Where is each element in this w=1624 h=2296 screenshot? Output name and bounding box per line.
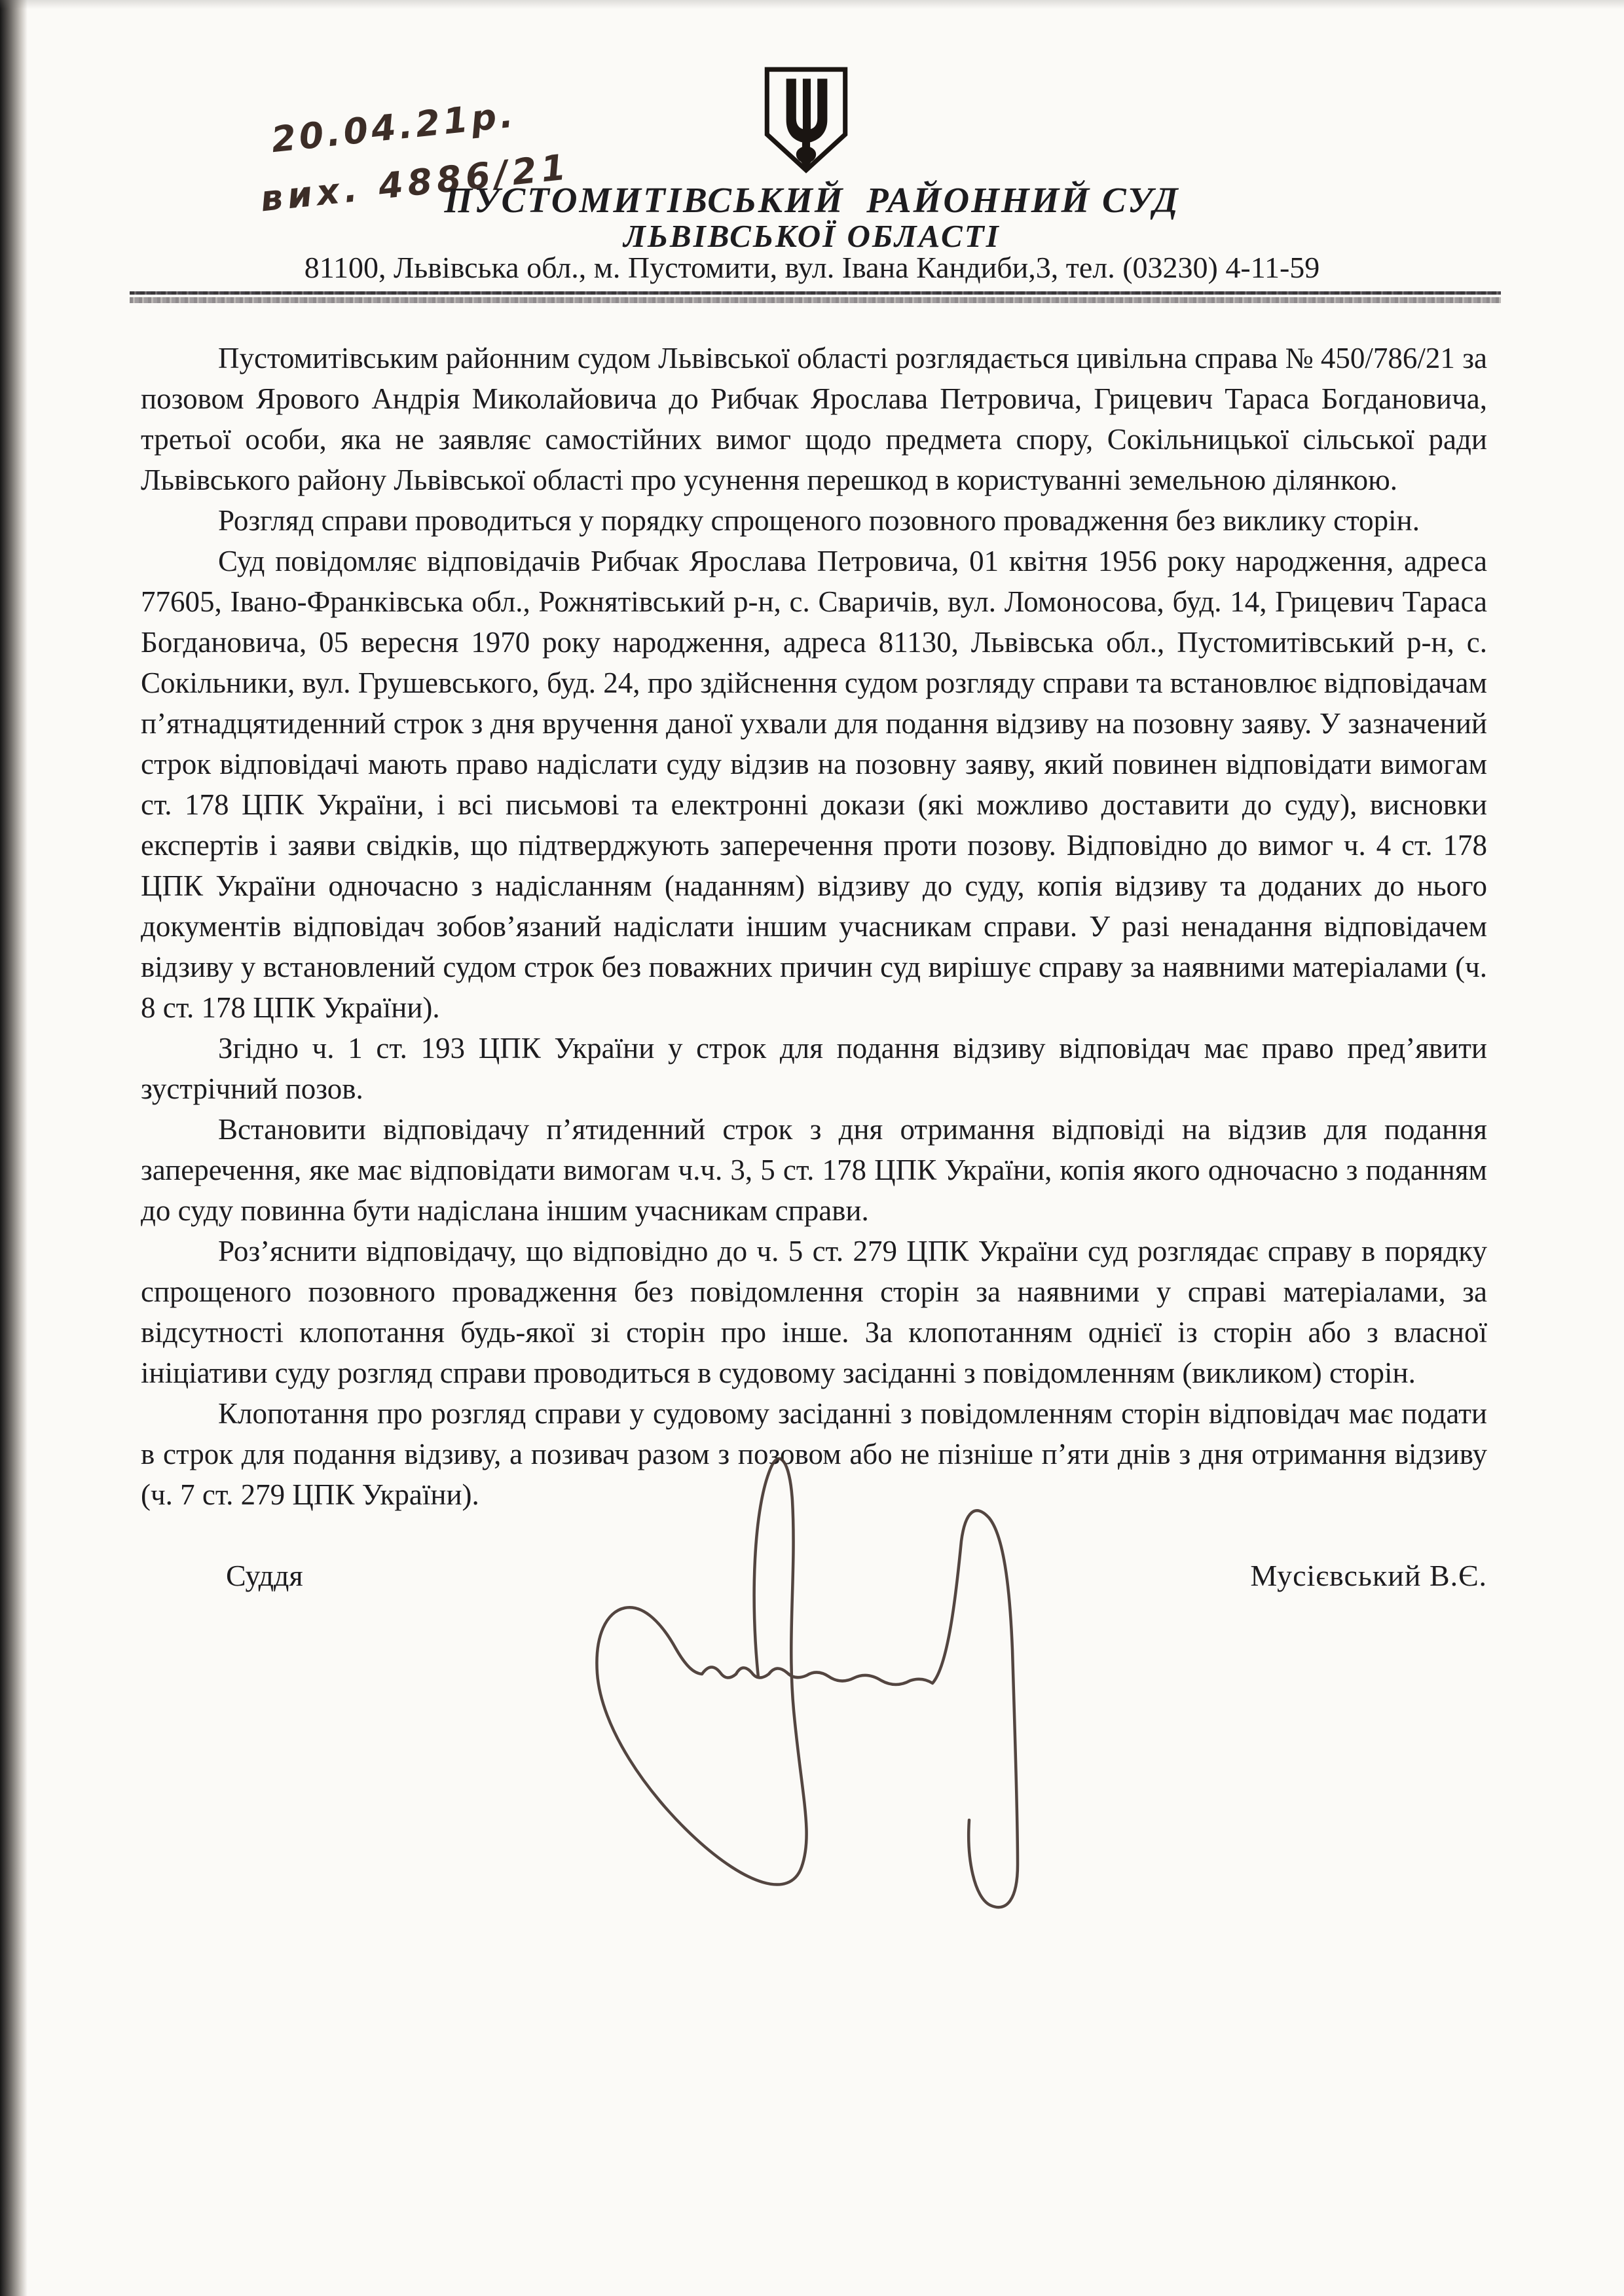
scanned-court-document: 20.04.21р. вих. 4886/21 ПУСТОМИТІВСЬКИЙ … <box>0 0 1624 2296</box>
body-paragraph: Розгляд справи проводиться у порядку спр… <box>141 500 1487 541</box>
divider-light-line <box>130 297 1501 303</box>
divider-dark-line <box>130 291 1501 295</box>
body-paragraph: Суд повідомляє відповідачів Рибчак Яросл… <box>141 541 1487 1028</box>
ukraine-trident-emblem-icon <box>762 65 851 175</box>
court-name-line1: ПУСТОМИТІВСЬКИЙ РАЙОННИЙ СУД <box>0 179 1624 221</box>
judge-role-label: Суддя <box>226 1556 303 1596</box>
signature-row: Суддя Мусієвський В.Є. <box>141 1556 1487 1596</box>
scan-shadow-top-edge <box>0 0 1624 9</box>
body-paragraph: Встановити відповідачу п’ятиденний строк… <box>141 1109 1487 1231</box>
document-body: Пустомитівським районним судом Львівсько… <box>141 338 1487 1596</box>
body-paragraph: Пустомитівським районним судом Львівсько… <box>141 338 1487 500</box>
body-paragraph: Згідно ч. 1 ст. 193 ЦПК України у строк … <box>141 1028 1487 1109</box>
court-name-line2: ЛЬВІВСЬКОЇ ОБЛАСТІ <box>0 217 1624 255</box>
header-divider-rule <box>130 291 1501 303</box>
scan-shadow-left-edge <box>0 0 28 2296</box>
court-address-line: 81100, Львівська обл., м. Пустомити, вул… <box>0 250 1624 285</box>
body-paragraph: Роз’яснити відповідачу, що відповідно до… <box>141 1231 1487 1393</box>
judge-name: Мусієвський В.Є. <box>1250 1556 1487 1596</box>
body-paragraph: Клопотання про розгляд справи у судовому… <box>141 1393 1487 1515</box>
